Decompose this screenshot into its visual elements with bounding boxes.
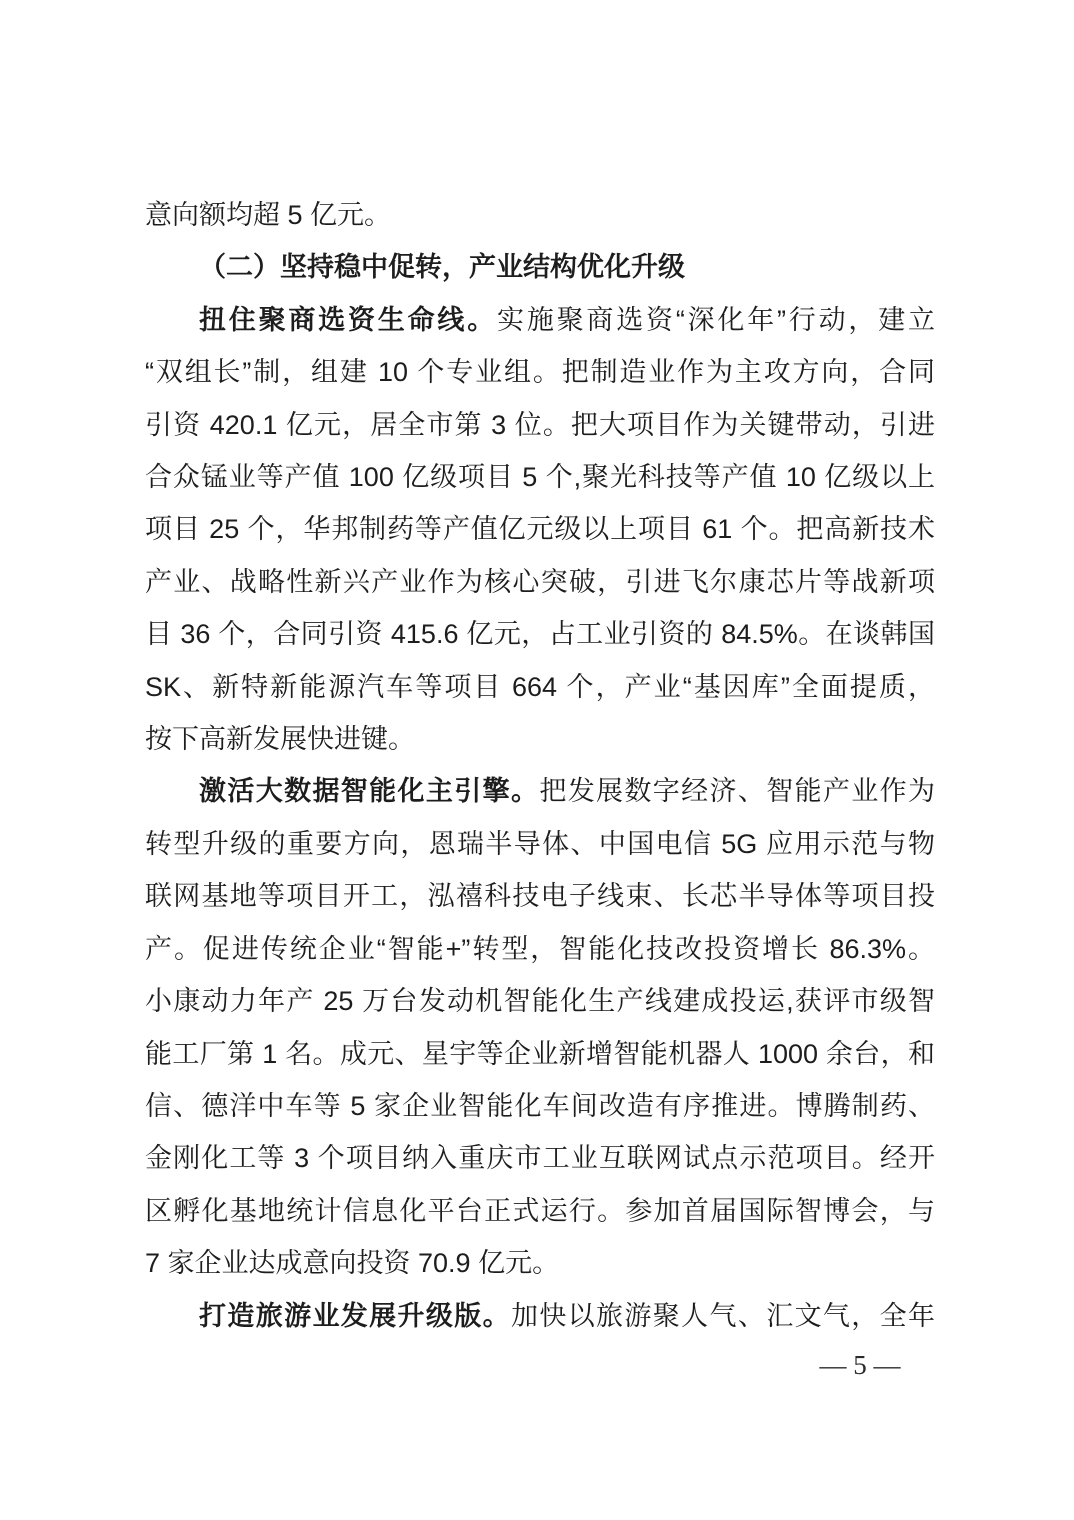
body-text: 把发展数字经济、智能产业作为: [539, 776, 935, 806]
body-text: 实施聚商选资“深化年”行动，建立: [497, 305, 935, 335]
paragraph-line: 信、德洋中车等 5 家企业智能化车间改造有序推进。博腾制药、: [145, 1080, 935, 1132]
paragraph-end-line: 7 家企业达成意向投资 70.9 亿元。: [145, 1237, 935, 1289]
emphasis-text: 打造旅游业发展升级版。: [199, 1301, 511, 1331]
body-text: 联网基地等项目开工，泓禧科技电子线束、长芯半导体等项目投: [145, 881, 935, 911]
paragraph-line: 产。促进传统企业“智能+”转型，智能化技改投资增长 86.3%。: [145, 923, 935, 975]
body-text: 金刚化工等 3 个项目纳入重庆市工业互联网试点示范项目。经开: [145, 1143, 935, 1173]
body-text: 目 36 个，合同引资 415.6 亿元，占工业引资的 84.5%。在谈韩国: [145, 619, 935, 649]
body-text: 能工厂第 1 名。成元、星宇等企业新增智能机器人 1000 余台，和: [145, 1039, 935, 1069]
body-text: 项目 25 个，华邦制药等产值亿元级以上项目 61 个。把高新技术: [145, 514, 935, 544]
paragraph-end-line: 按下高新发展快进键。: [145, 713, 935, 765]
body-text: 合众锰业等产值 100 亿级项目 5 个,聚光科技等产值 10 亿级以上: [145, 462, 935, 492]
body-text: “双组长”制，组建 10 个专业组。把制造业作为主攻方向，合同: [145, 357, 935, 387]
emphasis-text: （二）坚持稳中促转，产业结构优化升级: [199, 252, 685, 282]
page-number: — 5 —: [800, 1350, 920, 1381]
paragraph-line: 合众锰业等产值 100 亿级项目 5 个,聚光科技等产值 10 亿级以上: [145, 451, 935, 503]
paragraph-line: 目 36 个，合同引资 415.6 亿元，占工业引资的 84.5%。在谈韩国: [145, 608, 935, 660]
paragraph-line: 项目 25 个，华邦制药等产值亿元级以上项目 61 个。把高新技术: [145, 503, 935, 555]
document-body: 意向额均超 5 亿元。（二）坚持稳中促转，产业结构优化升级扭住聚商选资生命线。实…: [145, 189, 935, 1342]
body-text: 转型升级的重要方向，恩瑞半导体、中国电信 5G 应用示范与物: [145, 829, 935, 859]
paragraph-line: “双组长”制，组建 10 个专业组。把制造业作为主攻方向，合同: [145, 346, 935, 398]
paragraph-line: 能工厂第 1 名。成元、星宇等企业新增智能机器人 1000 余台，和: [145, 1028, 935, 1080]
paragraph-line: 区孵化基地统计信息化平台正式运行。参加首届国际智博会，与: [145, 1185, 935, 1237]
paragraph-line: SK、新特新能源汽车等项目 664 个，产业“基因库”全面提质，: [145, 661, 935, 713]
emphasis-text: 扭住聚商选资生命线。: [199, 305, 497, 335]
body-text: 按下高新发展快进键。: [145, 724, 415, 754]
body-text: 产业、战略性新兴产业作为核心突破，引进飞尔康芯片等战新项: [145, 567, 935, 597]
body-text: 信、德洋中车等 5 家企业智能化车间改造有序推进。博腾制药、: [145, 1091, 935, 1121]
paragraph-line: 引资 420.1 亿元，居全市第 3 位。把大项目作为关键带动，引进: [145, 399, 935, 451]
paragraph-line: 小康动力年产 25 万台发动机智能化生产线建成投运,获评市级智: [145, 975, 935, 1027]
body-text: 7 家企业达成意向投资 70.9 亿元。: [145, 1248, 559, 1278]
document-page: 意向额均超 5 亿元。（二）坚持稳中促转，产业结构优化升级扭住聚商选资生命线。实…: [0, 0, 1074, 1520]
paragraph-line: 联网基地等项目开工，泓禧科技电子线束、长芯半导体等项目投: [145, 870, 935, 922]
paragraph-line: 金刚化工等 3 个项目纳入重庆市工业互联网试点示范项目。经开: [145, 1132, 935, 1184]
body-text: 区孵化基地统计信息化平台正式运行。参加首届国际智博会，与: [145, 1196, 935, 1226]
continuation-line: 意向额均超 5 亿元。: [145, 189, 935, 241]
body-text: 小康动力年产 25 万台发动机智能化生产线建成投运,获评市级智: [145, 986, 935, 1016]
body-text: 产。促进传统企业“智能+”转型，智能化技改投资增长 86.3%。: [145, 934, 935, 964]
body-text: 意向额均超 5 亿元。: [145, 200, 391, 230]
body-text: SK、新特新能源汽车等项目 664 个，产业“基因库”全面提质，: [145, 672, 935, 702]
paragraph-line: 激活大数据智能化主引擎。把发展数字经济、智能产业作为: [145, 765, 935, 817]
body-text: 引资 420.1 亿元，居全市第 3 位。把大项目作为关键带动，引进: [145, 410, 935, 440]
paragraph-line: 产业、战略性新兴产业作为核心突破，引进飞尔康芯片等战新项: [145, 556, 935, 608]
paragraph-line: 打造旅游业发展升级版。加快以旅游聚人气、汇文气，全年: [145, 1290, 935, 1342]
emphasis-text: 激活大数据智能化主引擎。: [199, 776, 539, 806]
paragraph-line: 转型升级的重要方向，恩瑞半导体、中国电信 5G 应用示范与物: [145, 818, 935, 870]
paragraph-line: 扭住聚商选资生命线。实施聚商选资“深化年”行动，建立: [145, 294, 935, 346]
section-heading: （二）坚持稳中促转，产业结构优化升级: [145, 241, 935, 293]
body-text: 加快以旅游聚人气、汇文气，全年: [511, 1301, 935, 1331]
